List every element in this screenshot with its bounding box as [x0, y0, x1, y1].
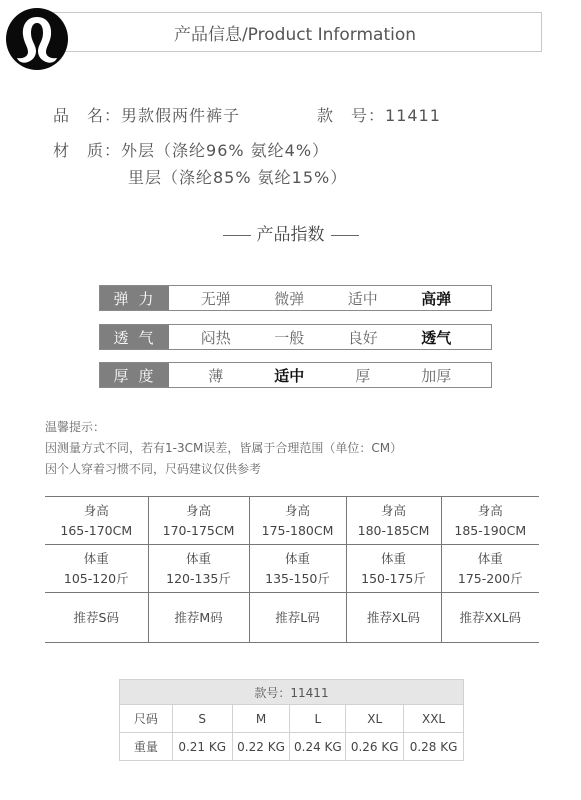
style-number-label: 款 号： — [317, 106, 385, 125]
weight-value: 0.21 KG — [172, 733, 232, 761]
size-cell: S — [172, 705, 232, 733]
index-option: 良好 — [326, 325, 400, 349]
weight-cell: 体重150-175斤 — [346, 545, 441, 593]
weight-table-header-row: 款号：11411 — [120, 680, 464, 705]
index-label: 弹力 — [100, 286, 169, 310]
weight-row: 体重105-120斤 体重120-135斤 体重135-150斤 体重150-1… — [45, 545, 539, 593]
material-outer: 外层（涤纶96% 氨纶4%） — [121, 141, 329, 160]
recommend-cell: 推荐S码 — [45, 593, 148, 643]
recommend-cell: 推荐XXL码 — [441, 593, 539, 643]
tips-line: 因个人穿着习惯不同，尺码建议仅供参考 — [45, 459, 402, 480]
weight-value: 0.22 KG — [232, 733, 290, 761]
index-option-selected: 适中 — [253, 363, 327, 387]
index-row-breathability: 透气 闷热 一般 良好 透气 — [99, 324, 492, 350]
recommend-cell: 推荐M码 — [148, 593, 249, 643]
title-dash-right — [331, 235, 359, 236]
weight-cell: 体重175-200斤 — [441, 545, 539, 593]
index-option: 厚 — [326, 363, 400, 387]
material-label: 材 质： — [53, 141, 121, 160]
weight-cell: 体重105-120斤 — [45, 545, 148, 593]
index-option-selected: 高弹 — [400, 286, 474, 310]
size-cell: XL — [346, 705, 404, 733]
index-title-text: 产品指数 — [257, 225, 325, 245]
recommend-row: 推荐S码 推荐M码 推荐L码 推荐XL码 推荐XXL码 — [45, 593, 539, 643]
product-name-label: 品 名： — [53, 106, 121, 125]
index-section-title: 产品指数 — [0, 220, 581, 245]
weight-cell: 体重120-135斤 — [148, 545, 249, 593]
index-label: 透气 — [100, 325, 169, 349]
index-option: 一般 — [253, 325, 327, 349]
product-name-row: 品 名：男款假两件裤子 — [53, 103, 240, 126]
brand-logo-icon — [6, 8, 68, 70]
recommend-cell: 推荐L码 — [249, 593, 346, 643]
weight-value: 0.28 KG — [404, 733, 464, 761]
index-option: 薄 — [179, 363, 253, 387]
height-cell: 身高170-175CM — [148, 497, 249, 545]
index-label: 厚度 — [100, 363, 169, 387]
index-option: 加厚 — [400, 363, 474, 387]
tips-title: 温馨提示： — [45, 417, 402, 438]
omega-logo-icon — [6, 8, 68, 70]
style-number-value: 11411 — [385, 106, 441, 125]
size-recommendation-table: 身高165-170CM 身高170-175CM 身高175-180CM 身高18… — [45, 496, 539, 643]
size-cell: L — [290, 705, 346, 733]
size-cell: M — [232, 705, 290, 733]
size-row: 尺码 S M L XL XXL — [120, 705, 464, 733]
size-label: 尺码 — [120, 705, 173, 733]
garment-weight-table: 款号：11411 尺码 S M L XL XXL 重量 0.21 KG 0.22… — [119, 679, 464, 761]
product-info-header: 产品信息/Product Information — [48, 12, 542, 52]
index-row-elasticity: 弹力 无弹 微弹 适中 高弹 — [99, 285, 492, 311]
height-cell: 身高185-190CM — [441, 497, 539, 545]
height-cell: 身高175-180CM — [249, 497, 346, 545]
weight-value: 0.26 KG — [346, 733, 404, 761]
material-inner: 里层（涤纶85% 氨纶15%） — [128, 168, 347, 187]
weight-cell: 体重135-150斤 — [249, 545, 346, 593]
index-option: 无弹 — [179, 286, 253, 310]
recommend-cell: 推荐XL码 — [346, 593, 441, 643]
tips-block: 温馨提示： 因测量方式不同，若有1-3CM误差，皆属于合理范围（单位：CM） 因… — [45, 417, 402, 480]
index-option: 适中 — [326, 286, 400, 310]
weight-label: 重量 — [120, 733, 173, 761]
index-row-thickness: 厚度 薄 适中 厚 加厚 — [99, 362, 492, 388]
style-number-header: 款号：11411 — [120, 680, 464, 705]
material-row: 材 质：外层（涤纶96% 氨纶4%） — [53, 138, 329, 161]
header-title: 产品信息/Product Information — [174, 20, 416, 45]
material-inner-row: 里层（涤纶85% 氨纶15%） — [128, 165, 347, 188]
style-number-row: 款 号：11411 — [317, 103, 441, 126]
height-row: 身高165-170CM 身高170-175CM 身高175-180CM 身高18… — [45, 497, 539, 545]
height-cell: 身高180-185CM — [346, 497, 441, 545]
garment-weight-row: 重量 0.21 KG 0.22 KG 0.24 KG 0.26 KG 0.28 … — [120, 733, 464, 761]
index-option-selected: 透气 — [400, 325, 474, 349]
title-dash-left — [223, 235, 251, 236]
product-name-value: 男款假两件裤子 — [121, 106, 240, 125]
index-option: 微弹 — [253, 286, 327, 310]
height-cell: 身高165-170CM — [45, 497, 148, 545]
size-cell: XXL — [404, 705, 464, 733]
index-option: 闷热 — [179, 325, 253, 349]
tips-line: 因测量方式不同，若有1-3CM误差，皆属于合理范围（单位：CM） — [45, 438, 402, 459]
weight-value: 0.24 KG — [290, 733, 346, 761]
